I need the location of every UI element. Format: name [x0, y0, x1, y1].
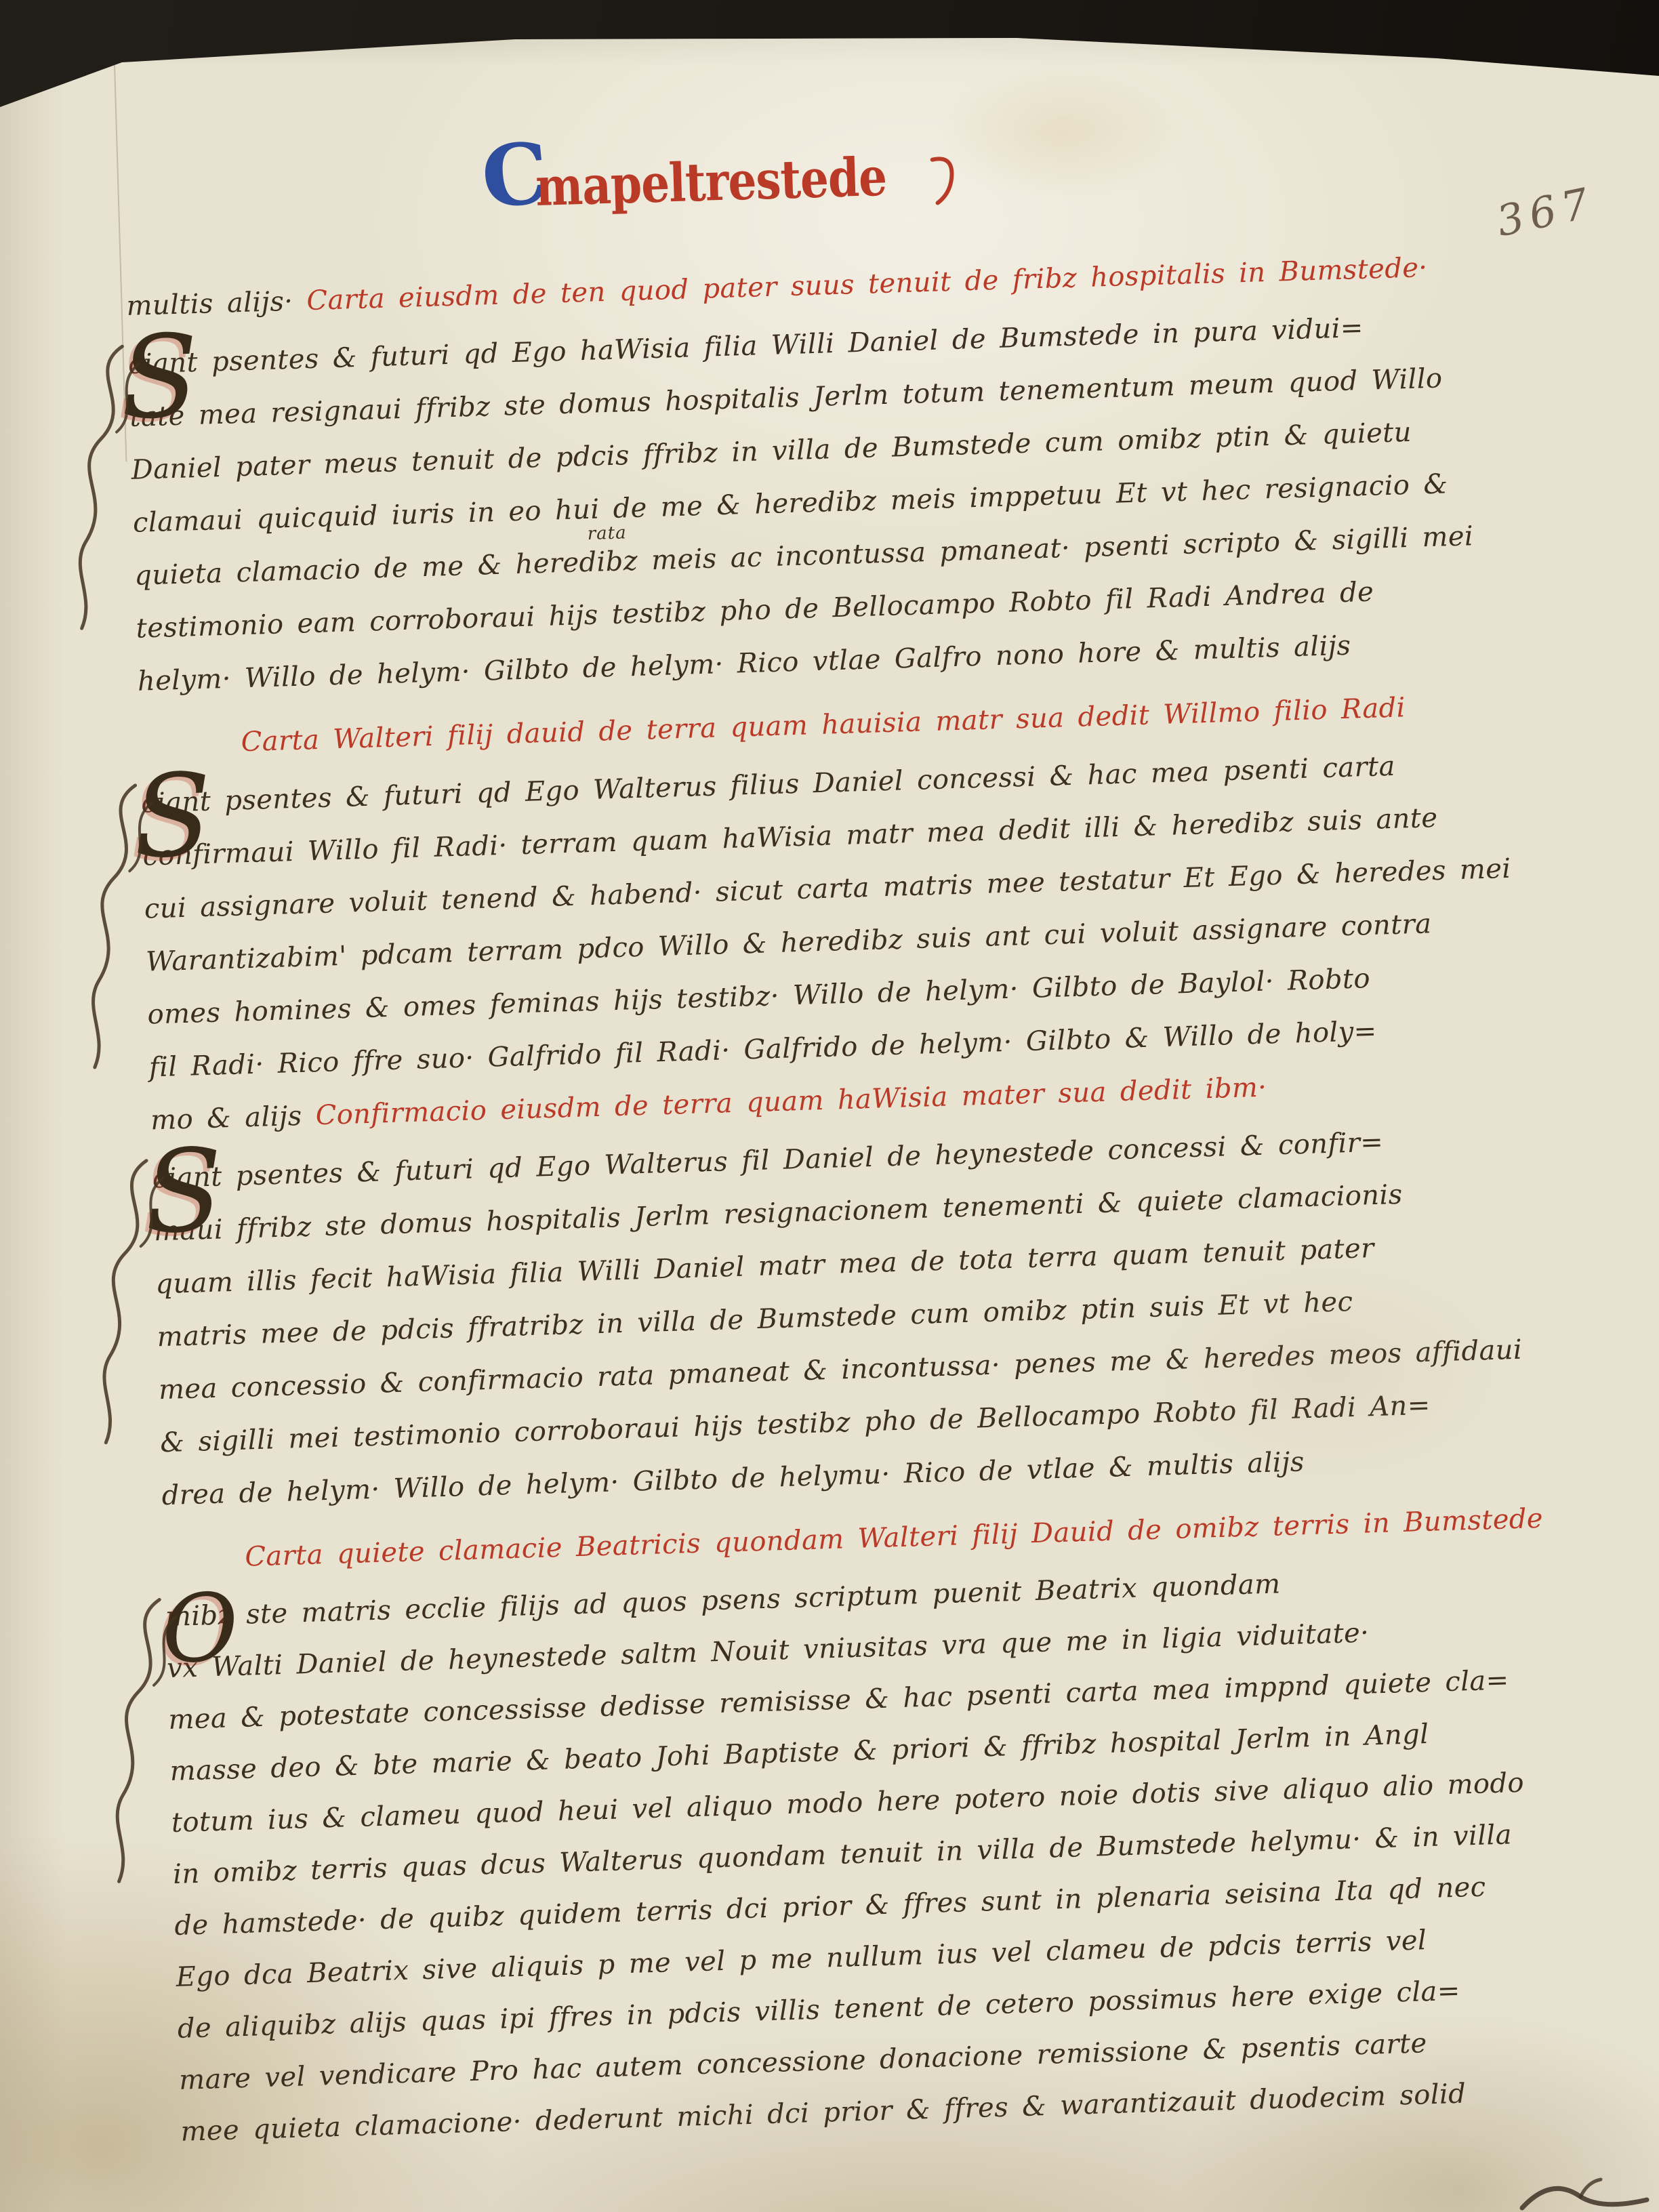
charter-blocks: multis alijs· Carta eiusdm de ten quod p…	[105, 239, 1556, 2158]
folio-number: 367	[1492, 178, 1599, 247]
section-heading: C mapeltrestede	[481, 115, 1500, 251]
charter-initial: S	[132, 764, 213, 868]
paraph-mark-icon	[926, 154, 958, 207]
charter-initial: S	[119, 325, 200, 429]
charter-paragraph: Sciant psentes & futuri qd Ego Walterus …	[140, 736, 1526, 1147]
charter-paragraph: Omibz ste matris ecclie filijs ad quos p…	[165, 1551, 1557, 2158]
bottom-edge-ink-mark-icon	[1518, 2170, 1654, 2212]
photo-backdrop: 367 C mapeltrestede multis alijs· Carta …	[0, 0, 1659, 2212]
manuscript-page: 367 C mapeltrestede multis alijs· Carta …	[0, 0, 1659, 2212]
page-content: C mapeltrestede multis alijs· Carta eius…	[102, 115, 1557, 2158]
interlinear-note: rata	[587, 523, 627, 544]
charter-paragraph: Sciant psentes & futuri qd Ego Walterus …	[152, 1111, 1538, 1522]
heading-title: mapeltrestede	[534, 133, 887, 231]
charter-paragraph: Sciant psentes & futuri qd Ego haWisia f…	[127, 298, 1513, 708]
charter-initial: S	[143, 1139, 224, 1243]
charter-initial: O	[161, 1585, 240, 1673]
